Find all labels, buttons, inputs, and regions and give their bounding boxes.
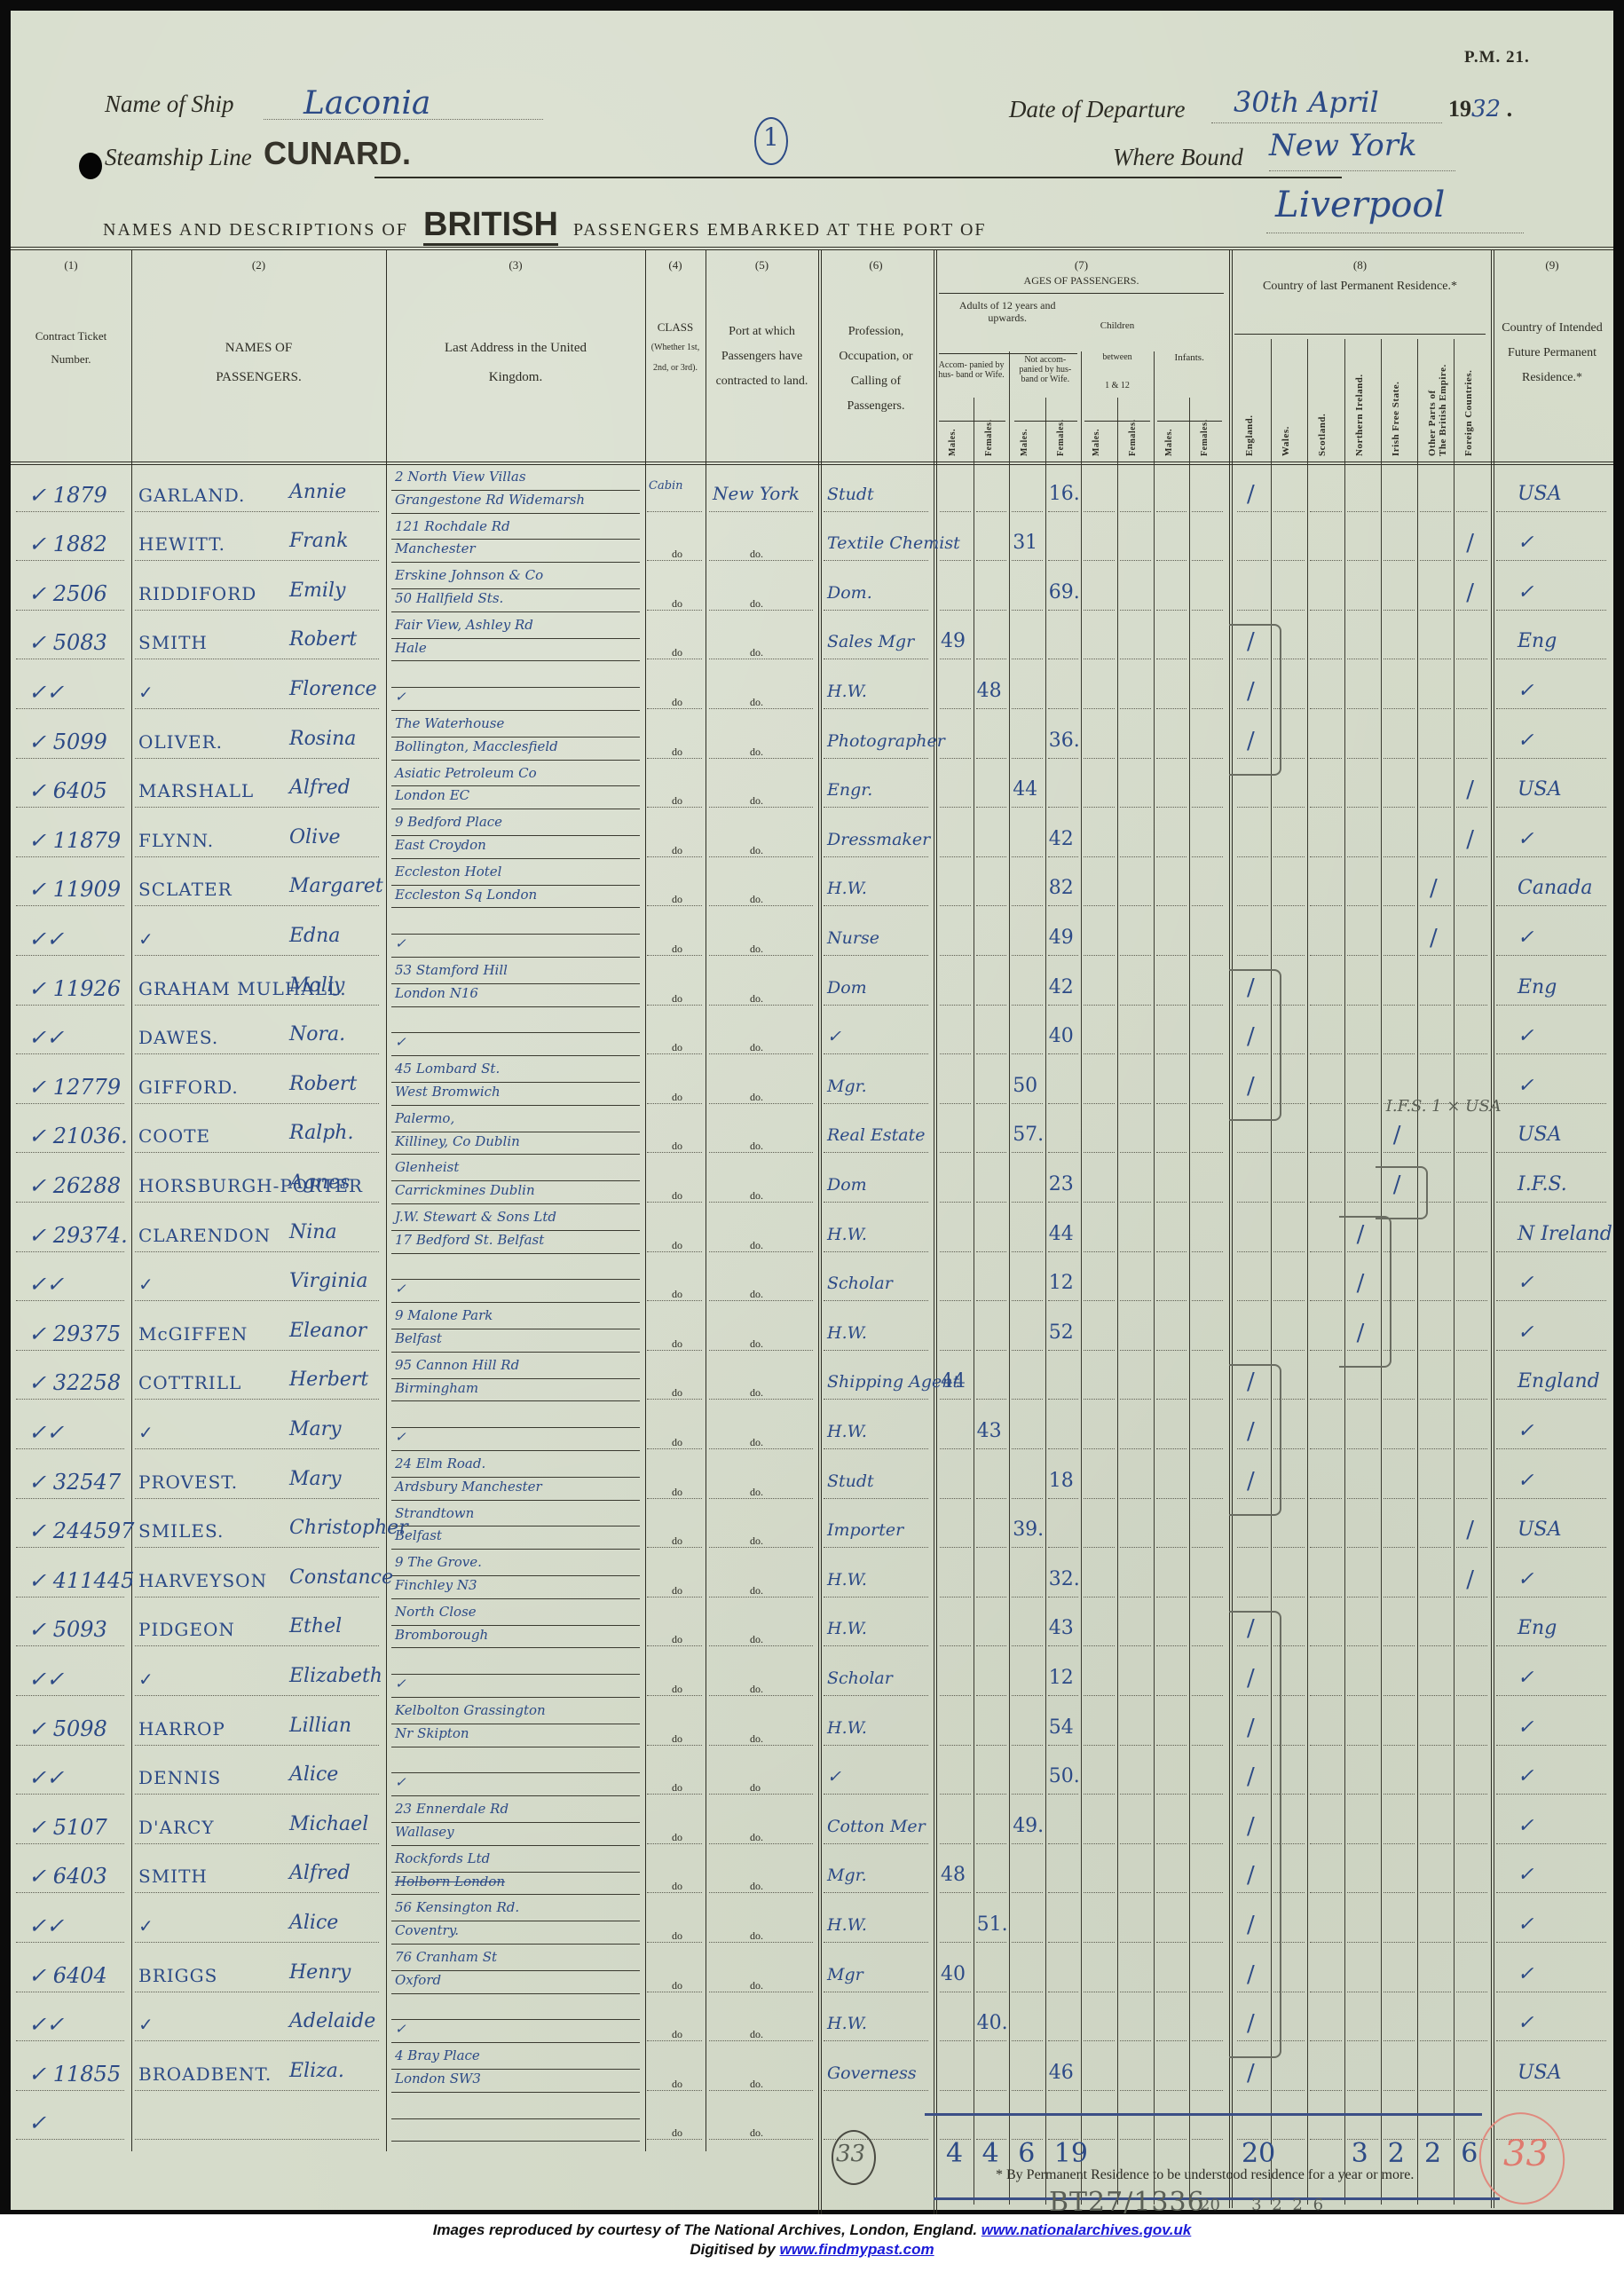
future-residence: ✓ [1518,1568,1533,1590]
ticket-number: ✓✓ [28,1272,64,1297]
passenger-given-name: Emily [289,580,345,602]
col9-number: (9) [1491,257,1613,273]
header-males: Males. [1164,429,1174,456]
address-line-2: ✓ [395,935,406,951]
passenger-given-name: Ethel [289,1615,342,1637]
passenger-row: ✓✓DAWES.Nora.✓dodo.✓40/✓ [11,1010,1613,1060]
address-line-1: 95 Cannon Hill Rd [395,1357,519,1373]
pencil-bracket [1229,624,1281,776]
ticket-number: ✓ 5093 [28,1617,107,1642]
header-country-last-residence: Country of last Permanent Residence.* [1238,279,1482,295]
age-nf: 43 [1049,1617,1074,1639]
total-residence-northern_ireland: 3 [1352,2138,1368,2169]
port-to-land: New York [713,483,800,504]
header-class-sub: (Whether 1st, 2nd, or 3rd). [647,337,704,378]
where-bound-value: New York [1269,128,1417,163]
header-females: Females. [1056,420,1066,457]
header-infants: Infants. [1154,351,1226,365]
passenger-surname: COTTRILL [138,1372,241,1393]
address-line-1: 9 Bedford Place [395,814,502,830]
occupation: Studt [827,485,874,504]
passenger-surname: SMITH [138,1866,208,1887]
passenger-row: ✓✓✓Adelaide✓dodo.H.W.40./✓ [11,1997,1613,2047]
address-line-2: Wallasey [395,1824,454,1840]
ticket-number: ✓ 5107 [28,1815,107,1840]
occupation: Scholar [827,1274,893,1293]
departure-label: Date of Departure [1009,96,1185,123]
digitised-by-text: Digitised by [690,2241,775,2258]
port-to-land-ditto: do. [750,745,763,759]
age-nf: 42 [1049,828,1074,850]
passenger-given-name: Lillian [289,1715,351,1737]
passenger-row: ✓ 11855BROADBENT.Eliza.4 Bray PlaceLondo… [11,2046,1613,2095]
address-line-1: Fair View, Ashley Rd [395,617,533,633]
header-adults: Adults of 12 years and upwards. [939,300,1076,325]
ticket-number: ✓✓ [28,680,64,705]
port-to-land-ditto: do. [750,992,763,1006]
header-residence-4: Irish Free State. [1391,382,1402,456]
passenger-given-name: Robert [289,628,357,651]
passenger-class-ditto: do [672,1584,682,1597]
address-line-1: 9 The Grove. [395,1554,482,1570]
port-field-line [1266,233,1524,233]
address-line-1: Erskine Johnson & Co [395,567,543,583]
passenger-class-ditto: do [672,1732,682,1746]
port-to-land-ditto: do. [750,1683,763,1696]
passenger-row: ✓✓DENNISAlice✓dodo✓50./✓ [11,1750,1613,1800]
occupation: Mgr. [827,1077,867,1096]
header-last-address: Last Address in the United Kingdom. [439,334,592,392]
address-line-2: ✓ [395,1676,406,1692]
ticket-number: ✓✓ [28,1765,64,1790]
passenger-given-name: Constance [289,1566,393,1589]
occupation: H.W. [827,682,867,701]
passenger-row: ✓✓✓Mary✓dodo.H.W.43/✓ [11,1404,1613,1454]
ticket-number: ✓ 29375 [28,1321,121,1346]
passenger-surname: D'ARCY [138,1817,215,1838]
departure-year-printed: 19 [1448,96,1471,122]
future-residence: ✓ [1518,680,1533,702]
port-to-land-ditto: do. [750,1584,763,1597]
residence-mark: / [1466,1566,1474,1593]
passenger-class-ditto: do [672,794,682,808]
header-profession: Profession, Occupation, or Calling of Pa… [825,319,926,419]
port-to-land-ditto: do. [750,794,763,808]
header-accompanied: Accom- panied by hus- band or Wife. [937,360,1005,380]
address-line-1: Strandtown [395,1505,474,1521]
port-to-land-ditto: do. [750,2078,763,2091]
passenger-given-name: Henry [289,1961,351,1984]
header-ages-title: AGES OF PASSENGERS. [934,273,1229,288]
passenger-surname: ✓ [138,928,154,950]
ticket-number: ✓ 32258 [28,1370,121,1395]
address-line-2: London EC [395,787,469,803]
age-am: 48 [941,1864,966,1886]
passenger-row: ✓ 6405MARSHALLAlfredAsiatic Petroleum Co… [11,763,1613,813]
passenger-class-ditto: do [672,1486,682,1499]
ticket-number: ✓ 5098 [28,1716,107,1741]
passenger-surname: HARVEYSON [138,1570,267,1591]
ticket-number: ✓ 1882 [28,532,107,556]
occupation: Sales Mgr [827,632,914,651]
age-nm: 57. [1013,1124,1044,1146]
future-residence: Eng [1518,630,1557,652]
title-rule [374,177,1342,178]
address-line-1: 24 Elm Road. [395,1455,485,1471]
passenger-given-name: Alfred [289,1862,351,1884]
pencil-bracket [1339,1216,1391,1368]
passenger-row: ✓ 244597SMILES.ChristopherStrandtownBelf… [11,1503,1613,1553]
address-line-2: 50 Hallfield Sts. [395,590,503,606]
col1-number: (1) [11,257,131,273]
passenger-given-name: Adelaide [289,2010,375,2032]
age-nf: 42 [1049,976,1074,998]
future-residence: ✓ [1518,2012,1533,2034]
passenger-class-ditto: do [672,1831,682,1844]
ticket-number: ✓ 29374. [28,1223,128,1248]
punch-hole [79,153,102,179]
col6-number: (6) [818,257,934,273]
passenger-class-ditto: do [672,1091,682,1104]
header-future-residence: Country of Intended Future Permanent Res… [1496,316,1608,390]
passenger-class-ditto: do [672,1239,682,1252]
passenger-given-name: Nina [289,1221,337,1243]
total-age-am: 4 [946,2138,963,2169]
age-nf: 40 [1049,1025,1074,1047]
future-residence: ✓ [1518,581,1533,603]
residence-mark: / [1466,826,1474,853]
total-residence-other_empire: 2 [1424,2138,1441,2169]
ticket-number: ✓✓ [28,2012,64,2037]
future-residence: Canada [1518,877,1592,899]
passenger-row: ✓✓✓Alice56 Kensington Rd.Coventry.dodo.H… [11,1897,1613,1947]
address-line-2: ✓ [395,1034,406,1050]
occupation: Cotton Mer [827,1817,926,1836]
header-females: Females. [984,420,994,457]
header-residence-5: Other Parts of The British Empire. [1428,364,1448,456]
passenger-class-ditto: do [672,1288,682,1301]
future-residence: USA [1518,1519,1562,1541]
passenger-given-name: Ralph. [289,1122,353,1144]
ship-label: Name of Ship [105,91,234,118]
address-line-2: Birmingham [395,1380,478,1396]
future-residence: ✓ [1518,828,1533,850]
pencil-bracket [1229,1364,1281,1516]
total-residence-foreign: 6 [1461,2138,1478,2169]
address-line-1: Glenheist [395,1159,459,1175]
total-age-af: 4 [982,2138,999,2169]
future-residence: ✓ [1518,1075,1533,1097]
residence-note: I.F.S. 1 × USA [1386,1097,1502,1116]
passenger-row: ✓ 21036.COOTERalph.Palermo,Killiney, Co … [11,1108,1613,1158]
ticket-number: ✓ 26288 [28,1173,121,1198]
age-nf: 36. [1049,730,1080,752]
credit-text: Images reproduced by courtesy of The Nat… [433,2221,977,2238]
future-residence: Eng [1518,976,1557,998]
occupation: H.W. [827,1915,867,1935]
ticket-number: ✓ [28,2110,46,2135]
port-to-land-ditto: do. [750,1288,763,1301]
ticket-number: ✓ 11879 [28,828,121,853]
passenger-given-name: Alice [289,1763,338,1786]
passenger-given-name: Mary [289,1418,342,1440]
header-class: CLASS [647,319,704,335]
future-residence: ✓ [1518,1765,1533,1787]
passenger-surname: ✓ [138,1422,154,1443]
address-line-2: Bromborough [395,1627,488,1643]
passenger-class-ditto: do [672,1436,682,1449]
residence-mark: / [1247,481,1255,508]
passenger-given-name: Molly [289,974,344,997]
address-line-2: Killiney, Co Dublin [395,1133,520,1149]
future-residence: USA [1518,1124,1562,1146]
passenger-surname: RIDDIFORD [138,583,256,604]
future-residence: ✓ [1518,927,1533,949]
passenger-surname: McGIFFEN [138,1323,248,1345]
passenger-class-ditto: do [672,1534,682,1548]
title-prefix: NAMES AND DESCRIPTIONS OF [103,220,408,240]
address-line-1: 9 Malone Park [395,1307,493,1323]
passenger-given-name: Elizabeth [289,1665,382,1687]
future-residence: ✓ [1518,532,1533,554]
passenger-class-ditto: do [672,1781,682,1795]
port-to-land-ditto: do. [750,1880,763,1893]
ticket-number: ✓ 32547 [28,1470,121,1495]
passenger-surname: DENNIS [138,1767,221,1788]
residence-mark: / [1430,875,1438,902]
future-residence: N Ireland [1518,1223,1612,1245]
col4-number: (4) [645,257,706,273]
passenger-class-ditto: do [672,2078,682,2091]
national-archives-link[interactable]: www.nationalarchives.gov.uk [981,2221,1192,2238]
passenger-row: ✓ 1882HEWITT.Frank121 Rochdale RdManches… [11,517,1613,566]
passenger-surname: PROVEST. [138,1471,238,1493]
age-am: 44 [941,1370,966,1392]
port-to-land-ditto: do. [750,1239,763,1252]
passenger-given-name: Robert [289,1073,357,1095]
occupation: Scholar [827,1668,893,1688]
col5-number: (5) [706,257,818,273]
passenger-surname: ✓ [138,682,154,703]
address-line-1: 56 Kensington Rd. [395,1899,519,1915]
passenger-row: ✓ 11909SCLATERMargaretEccleston HotelEcc… [11,862,1613,911]
address-line-2: ✓ [395,689,406,705]
passenger-given-name: Christopher [289,1517,408,1539]
address-line-1: 23 Ennerdale Rd [395,1801,508,1817]
findmypast-link[interactable]: www.findmypast.com [779,2241,934,2258]
address-line-2: Manchester [395,540,476,556]
age-nf: 46 [1049,2062,1074,2084]
address-line-2: ✓ [395,2021,406,2037]
occupation: Dom [827,978,867,998]
age-nf: 23 [1049,1173,1074,1195]
occupation: Dom [827,1175,867,1195]
occupation: Nurse [827,928,879,948]
ticket-number: ✓ 11909 [28,877,121,902]
address-line-1: Asiatic Petroleum Co [395,765,537,781]
port-to-land-ditto: do. [750,1337,763,1351]
passenger-class: Cabin [649,479,683,493]
future-residence: ✓ [1518,1963,1533,1985]
address-line-2: Oxford [395,1972,441,1988]
passenger-given-name: Alfred [289,777,351,799]
address-line-1: 4 Bray Place [395,2047,480,2063]
address-line-2: Holborn London [395,1874,505,1889]
passenger-given-name: Rosina [289,728,356,750]
passenger-class-ditto: do [672,1683,682,1696]
address-line-1: 121 Rochdale Rd [395,518,510,534]
passenger-surname: SMITH [138,632,208,653]
departure-date: 30th April [1234,85,1379,119]
residence-mark: / [1466,1517,1474,1543]
residence-mark: / [1247,2060,1255,2087]
form-code: P.M. 21. [1464,48,1530,67]
passenger-surname: ✓ [138,1668,154,1690]
address-line-2: Carrickmines Dublin [395,1182,535,1198]
col8-number: (8) [1229,257,1491,273]
footnote: * By Permanent Residence to be understoo… [996,2167,1414,2183]
future-residence: USA [1518,2062,1562,2084]
passenger-surname: BROADBENT. [138,2063,272,2085]
ticket-number: ✓ 244597 [28,1519,134,1543]
port-to-land-ditto: do. [750,548,763,561]
port-to-land-ditto: do. [750,2126,763,2140]
age-nm: 39. [1013,1519,1044,1541]
header-females: Females. [1200,420,1210,457]
ticket-number: ✓ 411445 [28,1568,134,1593]
port-to-land-ditto: do. [750,1091,763,1104]
address-line-2: Belfast [395,1527,442,1543]
passenger-class-ditto: do [672,844,682,857]
passenger-surname: HEWITT. [138,533,225,555]
passenger-row: ✓✓✓Edna✓dodo.Nurse49/✓ [11,911,1613,960]
passenger-surname: PIDGEON [138,1619,235,1640]
header-names-of-passengers: NAMES OF PASSENGERS. [185,334,333,392]
total-residence-irish_free_state: 2 [1388,2138,1405,2169]
address-line-1: Palermo, [395,1110,454,1126]
title-suffix: PASSENGERS EMBARKED AT THE PORT OF [573,220,987,240]
header-children-between: between [1081,351,1153,364]
passenger-class-ditto: do [672,1979,682,1992]
header-residence-1: Wales. [1281,426,1292,456]
address-line-1: The Waterhouse [395,715,504,731]
future-residence: Eng [1518,1617,1557,1639]
residence-mark: / [1466,530,1474,556]
passenger-given-name: Eliza. [289,2060,344,2082]
passenger-surname: CLARENDON [138,1225,271,1246]
address-line-1: 76 Cranham St [395,1949,497,1965]
address-line-1: 2 North View Villas [395,469,526,485]
passenger-given-name: Edna [289,925,340,947]
ticket-number: ✓✓ [28,927,64,951]
passenger-class-ditto: do [672,943,682,956]
passenger-class-ditto: do [672,1337,682,1351]
ticket-number: ✓ 11855 [28,2062,121,2087]
address-line-1: Rockfords Ltd [395,1850,490,1866]
occupation: H.W. [827,1718,867,1738]
header-not-accompanied: Not accom- panied by hus- band or Wife. [1013,355,1077,384]
ticket-number: ✓ 6403 [28,1864,107,1889]
age-am: 49 [941,630,966,652]
passenger-surname: ✓ [138,1915,154,1937]
passenger-row: ✓ 11926GRAHAM MULHALL.Molly53 Stamford H… [11,960,1613,1010]
address-line-2: Grangestone Rd Widemarsh [395,492,585,508]
age-nf: 44 [1049,1223,1074,1245]
total-age-nf: 19 [1054,2138,1088,2169]
ticket-number: ✓ 11926 [28,976,121,1001]
address-line-2: Belfast [395,1330,442,1346]
age-nf: 69. [1049,581,1080,603]
header-children-range: 1 & 12 [1081,380,1153,392]
age-nf: 12 [1049,1667,1074,1689]
future-residence: ✓ [1518,1716,1533,1739]
header-port-to-land: Port at which Passengers have contracted… [711,319,813,394]
ticket-number: ✓✓ [28,1913,64,1938]
address-line-2: ✓ [395,1774,406,1790]
address-line-2: East Croydon [395,837,486,853]
address-line-2: 17 Bedford St. Belfast [395,1232,544,1248]
occupation: H.W. [827,1225,867,1244]
port-to-land-ditto: do. [750,893,763,906]
passenger-given-name: Eleanor [289,1320,367,1342]
passenger-surname: SMILES. [138,1520,224,1542]
future-residence: England [1518,1370,1600,1392]
address-line-2: Nr Skipton [395,1725,469,1741]
passenger-row: ✓ 5098HARROPLillianKelbolton Grassington… [11,1700,1613,1750]
occupation: Governess [827,2063,917,2083]
passenger-surname: GARLAND. [138,485,245,506]
archive-reference: BT27/1336 [1049,2187,1205,2218]
age-am: 40 [941,1963,966,1985]
col7-number: (7) [934,257,1229,273]
age-nf: 32. [1049,1568,1080,1590]
passenger-given-name: Virginia [289,1270,368,1292]
occupation: Dom. [827,583,872,603]
address-line-2: Bollington, Macclesfield [395,738,558,754]
passenger-row: ✓ 5083SMITHRobertFair View, Ashley RdHal… [11,615,1613,665]
address-line-1: J.W. Stewart & Sons Ltd [395,1209,556,1225]
age-af: 51. [977,1913,1008,1936]
age-nm: 49. [1013,1815,1044,1837]
passenger-given-name: Margaret [289,875,383,897]
pencil-bracket [1376,1166,1428,1219]
port-to-land-ditto: do. [750,696,763,709]
port-to-land-ditto: do. [750,646,763,659]
passenger-class-ditto: do [672,1880,682,1893]
passenger-surname: GIFFORD. [138,1077,239,1098]
port-to-land-ditto: do. [750,1732,763,1746]
address-line-1: Eccleston Hotel [395,864,501,880]
port-to-land-ditto: do. [750,1436,763,1449]
header-children: Children [1081,319,1153,333]
occupation: H.W. [827,2014,867,2033]
departure-field-line [1211,122,1442,123]
future-residence: ✓ [1518,1420,1533,1442]
port-to-land-ditto: do. [750,1189,763,1203]
future-residence: ✓ [1518,1667,1533,1689]
image-credit-caption: Images reproduced by courtesy of The Nat… [0,2214,1624,2272]
address-line-2: ✓ [395,1429,406,1445]
ticket-number: ✓✓ [28,1667,64,1692]
passenger-surname: BRIGGS [138,1965,217,1986]
passenger-row: ✓✓✓Elizabeth✓dodo.Scholar12/✓ [11,1651,1613,1700]
passenger-given-name: Olive [289,826,341,848]
age-nf: 49 [1049,927,1074,949]
passenger-given-name: Florence [289,678,377,700]
passenger-class-ditto: do [672,1386,682,1400]
passenger-row: ✓ 5093PIDGEONEthelNorth CloseBromborough… [11,1602,1613,1652]
occupation: Mgr. [827,1866,867,1885]
